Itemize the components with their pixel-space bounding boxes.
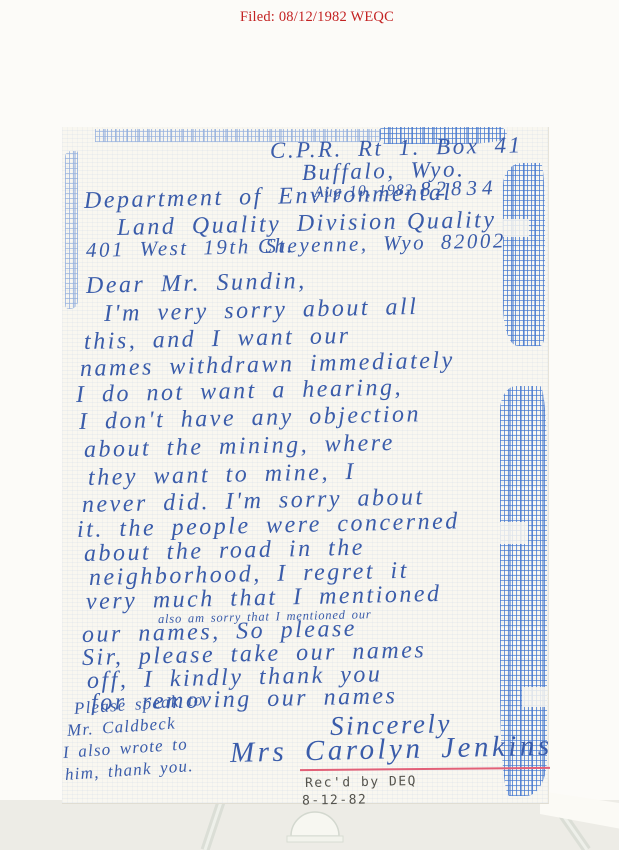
body-line: this, and I want our	[84, 324, 351, 354]
salutation: Dear Mr. Sundin,	[86, 269, 307, 298]
pattern-strip-right-upper	[503, 163, 545, 346]
filed-date-stamp: Filed: 08/12/1982 WEQC	[240, 9, 394, 26]
body-line: I'm very sorry about all	[104, 295, 419, 326]
body-line: I don't have any objection	[79, 402, 422, 434]
pattern-gap	[500, 522, 528, 544]
scanned-letter-page: C.P.R. Rt 1. Box 41 Buffalo, Wyo. Aug 10…	[62, 127, 549, 804]
received-stamp-date: 8-12-82	[302, 792, 368, 808]
signature: Mrs Carolyn Jenkins	[230, 732, 553, 768]
pattern-strip-left	[65, 151, 78, 309]
margin-note-line: him, thank you.	[64, 757, 194, 783]
body-line: about the mining, where	[84, 431, 395, 462]
stand-dome	[291, 812, 339, 836]
body-line: they want to mine, I	[88, 460, 356, 490]
recipient-line: Cheyenne, Wyo 82002	[258, 230, 506, 257]
received-stamp-text: Rec'd by DEQ	[305, 774, 417, 791]
pattern-gap	[503, 219, 529, 237]
pattern-gap	[522, 687, 547, 707]
